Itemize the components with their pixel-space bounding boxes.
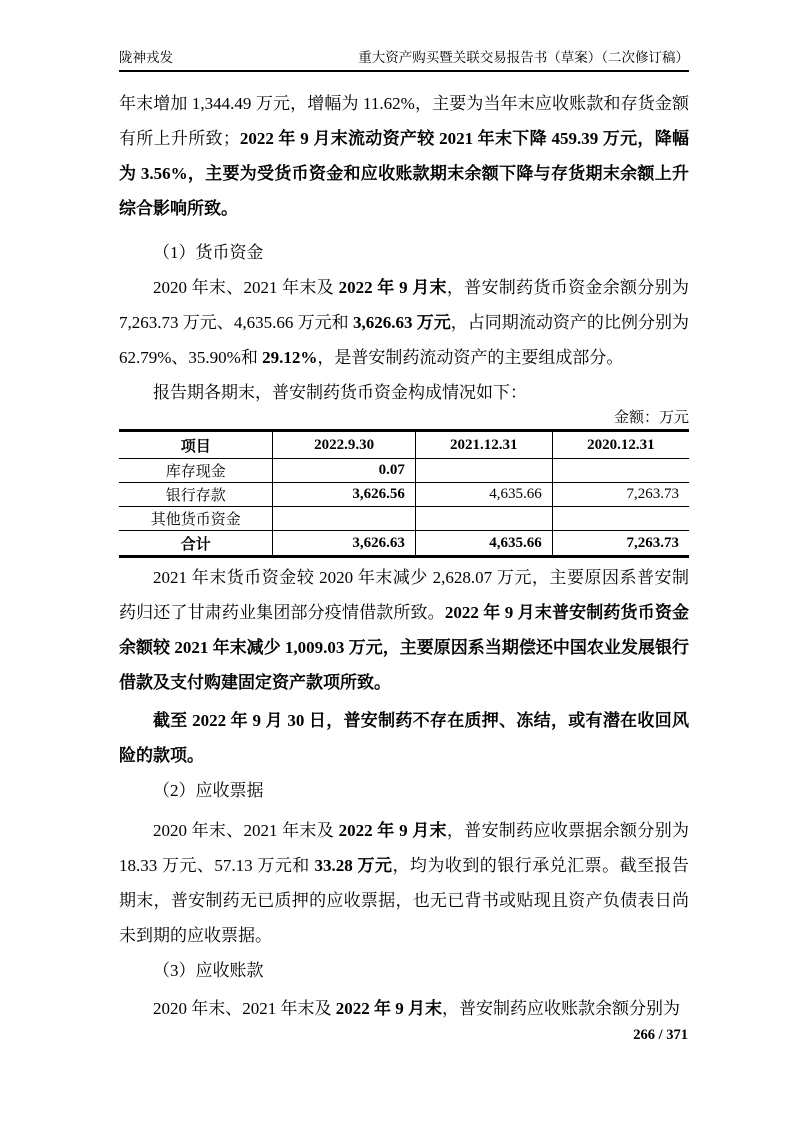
paragraph-run: ，是普安制药流动资产的主要组成部分。 xyxy=(317,348,623,367)
paragraph-continuation: 年末增加 1,344.49 万元，增幅为 11.62%，主要为当年末应收账款和存… xyxy=(119,86,689,226)
table-cell: 其他货币资金 xyxy=(119,507,273,531)
table-cell: 合计 xyxy=(119,531,273,557)
paragraph-currency-balance: 2020 年末、2021 年末及 2022 年 9 月末，普安制药货币资金余额分… xyxy=(119,270,689,375)
paragraph-run-bold: 3,626.63 万元 xyxy=(353,313,451,332)
paragraph-run-bold: 33.28 万元 xyxy=(315,856,393,875)
table-cell: 库存现金 xyxy=(119,459,273,483)
table-header-2022: 2022.9.30 xyxy=(273,431,416,459)
currency-composition-table: 项目 2022.9.30 2021.12.31 2020.12.31 库存现金 … xyxy=(119,429,689,558)
paragraph-change-analysis: 2021 年末货币资金较 2020 年末减少 2,628.07 万元，主要原因系… xyxy=(119,560,689,700)
table-cell: 7,263.73 xyxy=(552,483,689,507)
table-cell xyxy=(552,459,689,483)
table-row-cash: 库存现金 0.07 xyxy=(119,459,689,483)
table-unit-note: 金额：万元 xyxy=(119,410,689,426)
header-company-name: 陇神戎发 xyxy=(119,50,173,66)
table-cell: 4,635.66 xyxy=(415,531,552,557)
paragraph-run-bold: 2022 年 9 月末 xyxy=(336,999,442,1018)
paragraph-table-intro: 报告期各期末，普安制药货币资金构成情况如下： xyxy=(119,375,689,410)
section-heading-currency-funds: （1）货币资金 xyxy=(119,235,689,270)
table-cell: 4,635.66 xyxy=(415,483,552,507)
table-header-row: 项目 2022.9.30 2021.12.31 2020.12.31 xyxy=(119,431,689,459)
paragraph-accounts-receivable: 2020 年末、2021 年末及 2022 年 9 月末，普安制药应收账款余额分… xyxy=(119,991,689,1026)
paragraph-run-bold: 2022 年 9 月末 xyxy=(339,821,447,840)
section-heading-accounts-receivable: （3）应收账款 xyxy=(119,953,689,988)
paragraph-no-pledge: 截至 2022 年 9 月 30 日，普安制药不存在质押、冻结，或有潜在收回风险… xyxy=(119,703,689,773)
table-cell xyxy=(552,507,689,531)
table-cell xyxy=(415,507,552,531)
table-row-total: 合计 3,626.63 4,635.66 7,263.73 xyxy=(119,531,689,557)
table-header-2021: 2021.12.31 xyxy=(415,431,552,459)
table-cell: 银行存款 xyxy=(119,483,273,507)
table-cell xyxy=(415,459,552,483)
paragraph-run: 2020 年末、2021 年末及 xyxy=(153,278,339,297)
page-number: 266 / 371 xyxy=(633,1026,688,1044)
table-row-bank-deposit: 银行存款 3,626.56 4,635.66 7,263.73 xyxy=(119,483,689,507)
table-cell xyxy=(273,507,416,531)
paragraph-notes-receivable: 2020 年末、2021 年末及 2022 年 9 月末，普安制药应收票据余额分… xyxy=(119,813,689,953)
table-cell: 0.07 xyxy=(273,459,416,483)
paragraph-run-bold: 29.12% xyxy=(262,348,317,367)
document-page: 陇神戎发 重大资产购买暨关联交易报告书（草案）（二次修订稿） 年末增加 1,34… xyxy=(0,0,793,1122)
paragraph-run-bold: 2022 年 9 月末 xyxy=(339,278,447,297)
table-header-item: 项目 xyxy=(119,431,273,459)
table-cell: 7,263.73 xyxy=(552,531,689,557)
section-heading-notes-receivable: （2）应收票据 xyxy=(119,773,689,808)
content-area: 陇神戎发 重大资产购买暨关联交易报告书（草案）（二次修订稿） 年末增加 1,34… xyxy=(119,0,689,1026)
table-header-2020: 2020.12.31 xyxy=(552,431,689,459)
header-report-title: 重大资产购买暨关联交易报告书（草案）（二次修订稿） xyxy=(358,50,689,66)
page-header: 陇神戎发 重大资产购买暨关联交易报告书（草案）（二次修订稿） xyxy=(119,0,689,72)
table-cell: 3,626.63 xyxy=(273,531,416,557)
table-row-other-funds: 其他货币资金 xyxy=(119,507,689,531)
table-cell: 3,626.56 xyxy=(273,483,416,507)
paragraph-run: 2020 年末、2021 年末及 xyxy=(153,999,336,1018)
paragraph-run: ，普安制药应收账款余额分别为 xyxy=(442,999,680,1018)
paragraph-run: 2020 年末、2021 年末及 xyxy=(153,821,339,840)
